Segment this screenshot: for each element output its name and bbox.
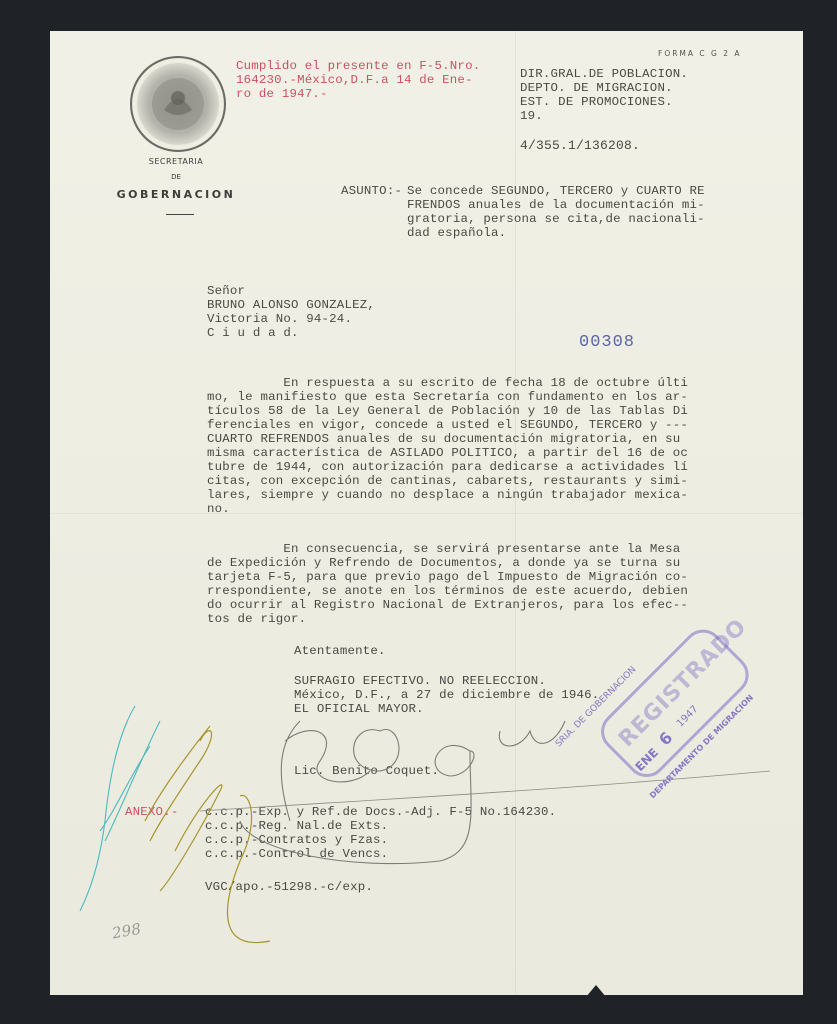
signature-scribbles-icon	[50, 31, 803, 995]
document-page: SECRETARIA DE GOBERNACION FORMA C G 2 A …	[50, 31, 803, 995]
